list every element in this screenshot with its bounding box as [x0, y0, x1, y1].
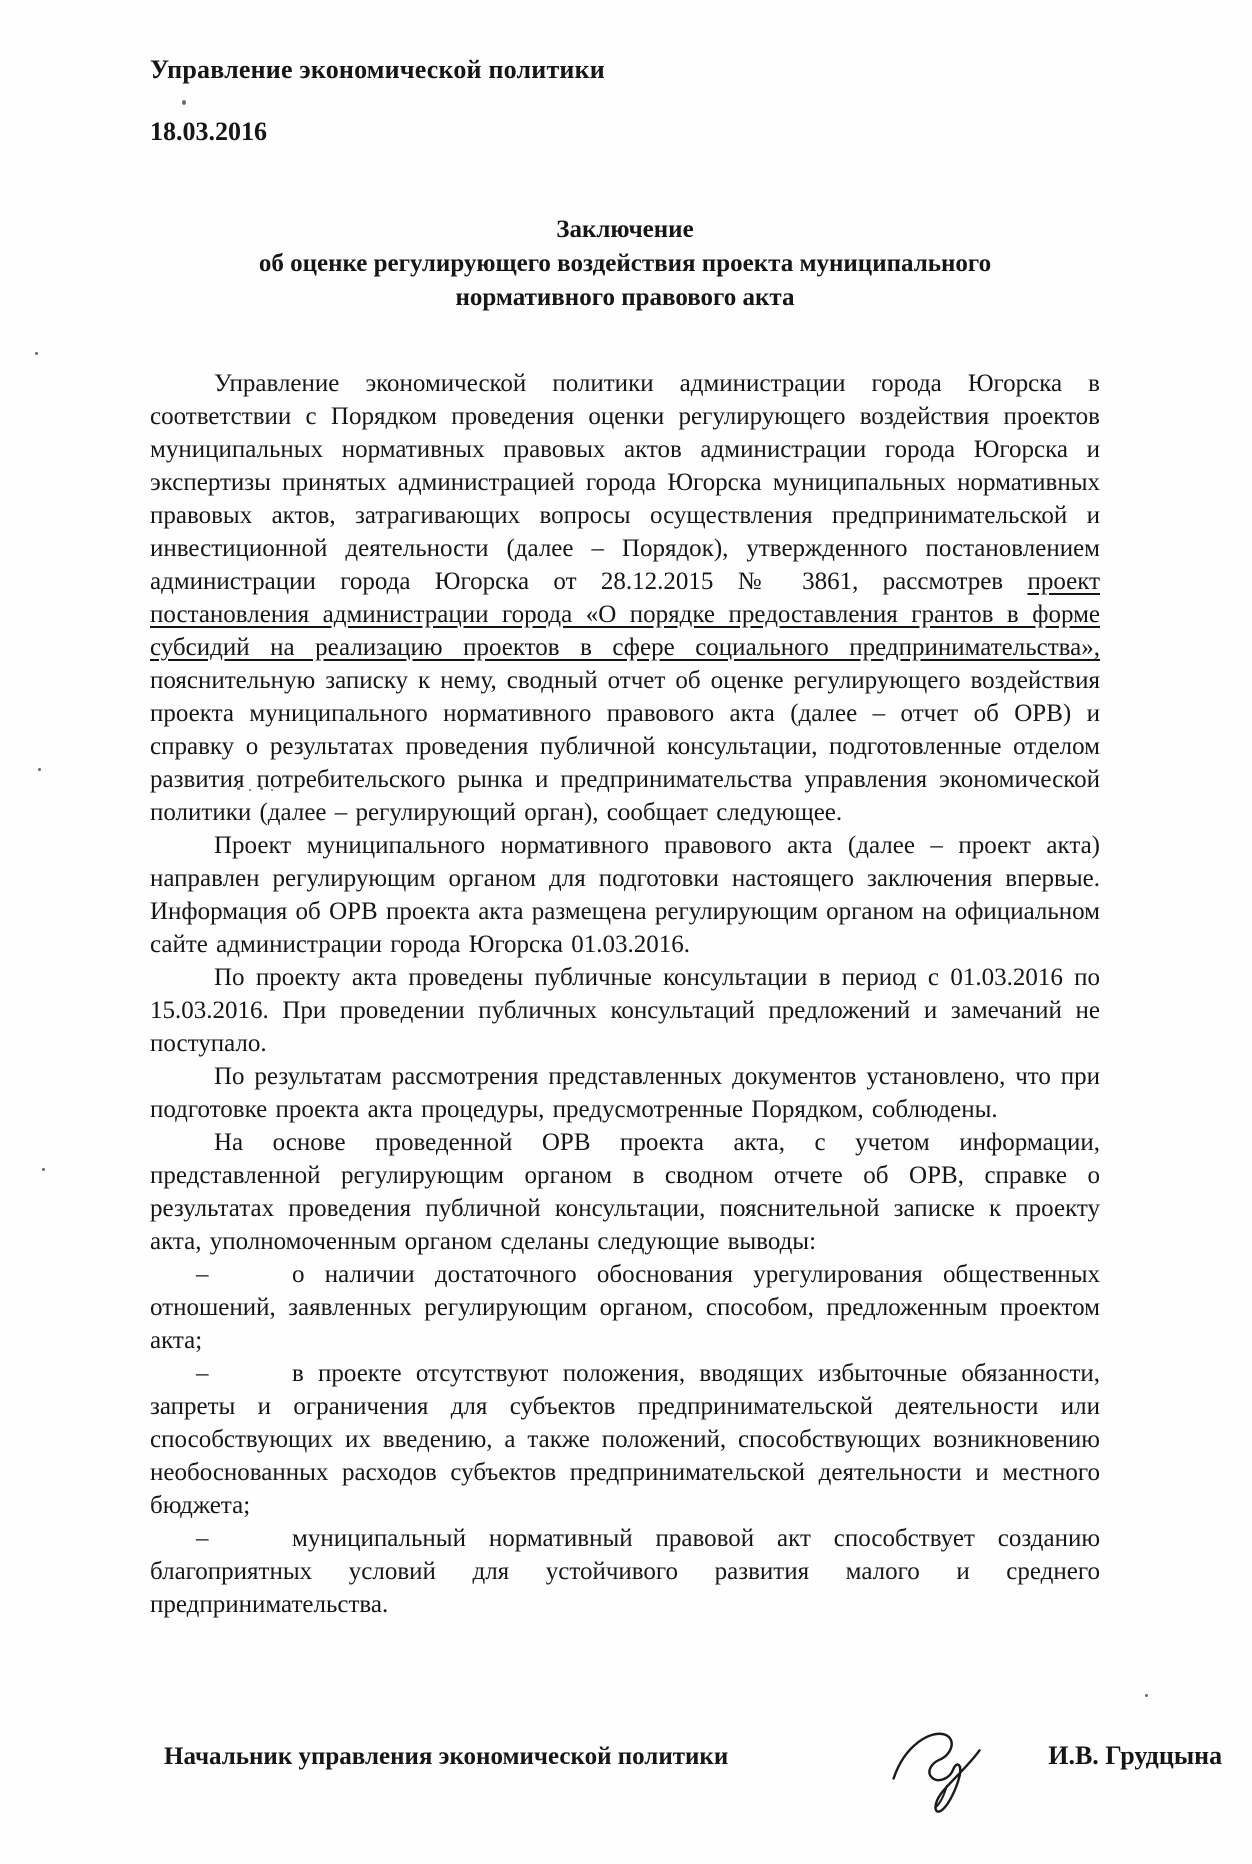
scan-speck [237, 787, 240, 790]
signature-block: Начальник управления экономической полит… [164, 1729, 1188, 1824]
department-name: Управление экономической политики [150, 55, 1100, 85]
scan-speck [271, 789, 273, 791]
document-date: 18.03.2016 [150, 117, 1100, 147]
bullet-dash: – [196, 1522, 292, 1555]
signature-name: И.В. Грудцына [1048, 1729, 1222, 1771]
opening-text-before: Управление экономической политики админи… [150, 370, 1100, 595]
paragraph-opening: Управление экономической политики админи… [150, 367, 1100, 829]
scan-speck [249, 789, 251, 791]
conclusion-item-3-text: муниципальный нормативный правовой акт с… [150, 1525, 1100, 1618]
title-line-2: об оценке регулирующего воздействия прое… [150, 247, 1100, 281]
paragraph-project-submission: Проект муниципального нормативного право… [150, 829, 1100, 961]
scan-speck [182, 100, 186, 105]
scan-speck [38, 768, 41, 771]
conclusion-item-2-text: в проекте отсутствуют положения, вводящи… [150, 1360, 1100, 1519]
scan-speck [260, 787, 263, 790]
title-line-3: нормативного правового акта [150, 281, 1100, 315]
scan-speck [1145, 1694, 1148, 1697]
signature-position: Начальник управления экономической полит… [164, 1729, 728, 1771]
bullet-dash: – [196, 1258, 292, 1291]
paragraph-public-consultations: По проекту акта проведены публичные конс… [150, 961, 1100, 1060]
conclusion-item-2: –в проекте отсутствуют положения, вводящ… [150, 1357, 1100, 1522]
conclusion-item-1-text: о наличии достаточного обоснования урегу… [150, 1261, 1100, 1354]
title-line-1: Заключение [150, 213, 1100, 247]
paragraph-procedures-check: По результатам рассмотрения представленн… [150, 1060, 1100, 1126]
document-title: Заключение об оценке регулирующего возде… [150, 213, 1100, 315]
opening-text-after: пояснительную записку к нему, сводный от… [150, 667, 1100, 826]
bullet-dash: – [196, 1357, 292, 1390]
paragraph-conclusions-intro: На основе проведенной ОРВ проекта акта, … [150, 1126, 1100, 1258]
conclusion-item-1: –о наличии достаточного обоснования урег… [150, 1258, 1100, 1357]
document-body: Управление экономической политики админи… [150, 367, 1100, 1621]
scan-speck [35, 352, 38, 355]
document-page: Управление экономической политики 18.03.… [0, 0, 1252, 1864]
conclusion-item-3: –муниципальный нормативный правовой акт … [150, 1522, 1100, 1621]
scan-speck [42, 1168, 45, 1171]
handwritten-signature-icon [888, 1723, 1000, 1824]
